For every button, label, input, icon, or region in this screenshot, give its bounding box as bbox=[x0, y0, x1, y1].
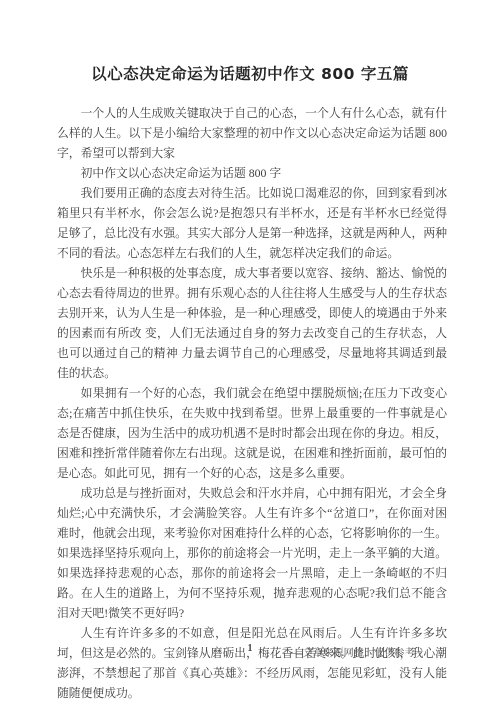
page-footer: 1 ——文章来源网络，仅供参考 bbox=[0, 643, 500, 659]
paragraph: 成功总是与挫折面对，失败总会和汗水并肩，心中拥有阳光，才会全身灿烂;心中充满快乐… bbox=[57, 483, 447, 623]
paragraph: 快乐是一种积极的处事态度，成大事者要以宽容、接纳、豁达、愉悦的心态去看待周边的世… bbox=[57, 263, 447, 383]
paragraph: 一个人的人生成败关键取决于自己的心态，一个人有什么心态，就有什么样的人生。以下是… bbox=[57, 103, 447, 163]
page-title: 以心态决定命运为话题初中作文 800 字五篇 bbox=[0, 62, 500, 84]
document-page: 以心态决定命运为话题初中作文 800 字五篇 一个人的人生成败关键取决于自己的心… bbox=[0, 0, 500, 707]
page-number: 1 bbox=[248, 643, 253, 654]
paragraph: 初中作文以心态决定命运为话题 800 字 bbox=[57, 163, 447, 183]
document-body: 一个人的人生成败关键取决于自己的心态，一个人有什么心态，就有什么样的人生。以下是… bbox=[57, 103, 447, 703]
paragraph: 如果拥有一个好的心态，我们就会在绝望中摆脱烦恼;在压力下改变心态;在痛苦中抓住快… bbox=[57, 383, 447, 483]
paragraph: 人生有许许多多的不如意，但是阳光总在风雨后。人生有许许多多坎坷，但这是必然的。宝… bbox=[57, 623, 447, 703]
source-note: ——文章来源网络，仅供参考 bbox=[282, 644, 415, 659]
paragraph: 我们要用正确的态度去对待生活。比如说口渴难忍的你，回到家看到冰箱里只有半杯水，你… bbox=[57, 183, 447, 263]
